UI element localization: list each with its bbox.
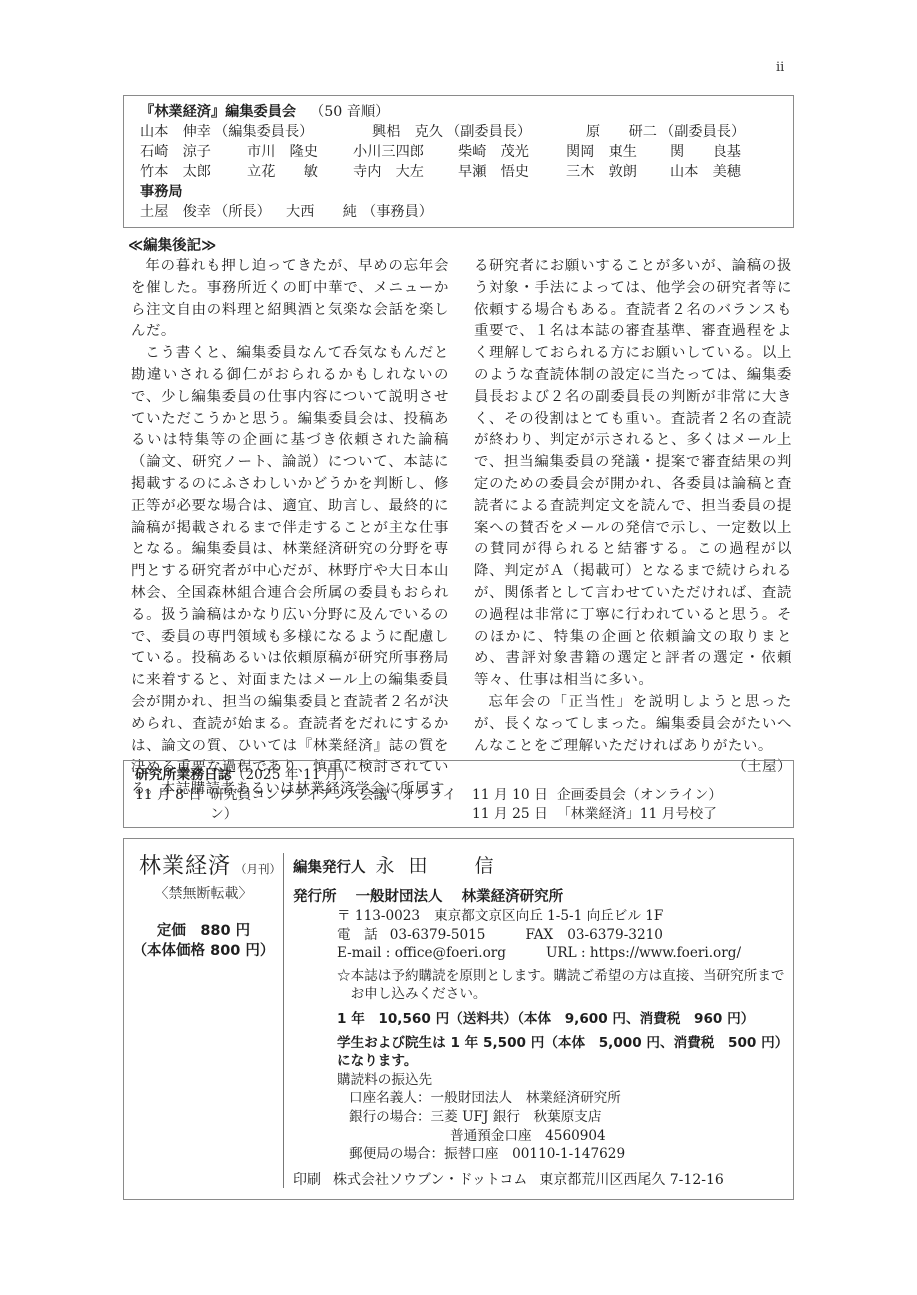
bank-account: 普通預金口座 4560904 [337,1127,792,1146]
phone-line: 電 話03-6379-5015FAX03-6379-3210 [337,926,792,945]
postal-code: 〒 113-0023 [337,908,420,924]
member-name: 三木 敦朗 [566,162,637,182]
diary-entry: 11 月 8 日研究員コンプライアンス会議（オンライン） [135,786,462,823]
postal-account: 郵便局の場合：振替口座 00110-1-147629 [337,1145,792,1164]
tel-label: 電 話 [337,927,378,943]
annual-fee: 1 年 10,560 円（送料共）（本体 9,600 円、消費税 960 円） [337,1010,792,1029]
magazine-title: 林業経済 [139,854,231,879]
printer-name: 株式会社ソウブン・ドットコム [333,1172,527,1188]
staff-role: （所長） [214,202,271,222]
member-name: 山本 伸幸 [140,122,211,142]
price-base: （本体価格 800 円） [124,941,283,961]
diary-text: 「林業経済」11 月号校了 [557,805,717,824]
postscript-paragraph: こう書くと、編集委員なんて呑気なもんだと勘違いされる御仁がおられるかもしれないの… [131,343,449,801]
editorial-committee-box: 『林業経済』編集委員会 （50 音順） 山本 伸幸 （編集委員長） 興梠 克久 … [123,95,794,228]
member-role: （副委員長） [660,122,745,142]
url-link[interactable]: https://www.foeri.org/ [590,945,741,961]
tel-number: 03-6379-5015 [390,927,486,943]
committee-row-1: 山本 伸幸 （編集委員長） 興梠 克久 （副委員長） 原 研二 （副委員長） [140,122,793,142]
postscript-heading: ≪編集後記≫ [128,234,216,255]
committee-title-note: （50 音順） [310,102,389,122]
diary-text: 研究員コンプライアンス会議（オンライン） [210,786,462,823]
publisher-type: 一般財団法人 [356,889,443,905]
student-fee: 学生および院生は 1 年 5,500 円（本体 5,000 円、消費税 500 … [337,1034,792,1071]
member-name: 小川三四郎 [353,142,424,162]
member-name: 竹本 太郎 [140,162,211,182]
publisher-line: 発行所 一般財団法人 林業経済研究所 [293,885,563,906]
staff-name: 大西 純 [286,202,357,222]
diary-date: 11 月 8 日 [135,786,210,805]
no-reprint-notice: 〈禁無断転載〉 [124,883,283,903]
account-holder: 口座名義人：一般財団法人 林業経済研究所 [337,1089,792,1108]
secretariat-row: 土屋 俊幸 （所長） 大西 純 （事務員） [140,202,793,222]
committee-row-3: 竹本 太郎 立花 敏 寺内 大左 早瀬 悟史 三木 敦朗 山本 美穂 [140,162,793,182]
diary-date: 11 月 25 日 [472,805,557,824]
diary-date: 11 月 10 日 [472,786,557,805]
business-diary-box: 研究所業務日誌（2025 年 11 月） 11 月 8 日研究員コンプライアンス… [123,760,794,828]
member-name: 関岡 東生 [566,142,637,162]
printer-label: 印刷 [293,1172,321,1188]
page-number: ii [776,60,784,75]
address: 東京都文京区向丘 1-5-1 向丘ビル 1F [434,908,663,924]
magazine-title-row: 林業経済（月刊） [139,849,281,880]
member-name: 関 良基 [670,142,741,162]
staff-role: （事務員） [362,202,433,222]
member-name: 市川 隆史 [247,142,318,162]
member-name: 寺内 大左 [353,162,424,182]
postscript-paragraph: 年の暮れも押し迫ってきたが、早めの忘年会を催した。事務所近くの町中華で、メニュー… [131,256,449,343]
price: 定価 880 円 [124,921,283,941]
magazine-frequency: （月刊） [235,862,281,876]
diary-text: 企画委員会（オンライン） [557,786,722,805]
diary-entry: 11 月 25 日「林業経済」11 月号校了 [472,805,717,824]
secretariat-title: 事務局 [140,182,183,202]
diary-title-row: 研究所業務日誌（2025 年 11 月） [135,766,353,785]
staff-name: 土屋 俊幸 [140,202,211,222]
colophon-divider [283,853,284,1188]
member-name: 立花 敏 [247,162,318,182]
editor-line: 編集発行人永田 信 [293,851,508,878]
address-line: 〒 113-0023東京都文京区向丘 1-5-1 向丘ビル 1F [337,907,792,926]
subscription-note: ☆本誌は予約購読を原則とします。購読ご希望の方は直接、当研究所までお申し込みくだ… [337,967,792,1004]
fax-number: 03-6379-3210 [567,927,663,943]
diary-title-note: （2025 年 11 月） [232,767,353,783]
member-role: （編集委員長） [214,122,313,142]
postscript-right-column: る研究者にお願いすることが多いが、論稿の扱う対象・手法によっては、他学会の研究者… [474,256,792,779]
editor-label: 編集発行人 [293,860,366,876]
member-name: 柴崎 茂光 [458,142,529,162]
member-name: 早瀬 悟史 [458,162,529,182]
colophon-box: 林業経済（月刊） 〈禁無断転載〉 定価 880 円 （本体価格 800 円） 編… [123,838,794,1200]
member-name: 原 研二 [586,122,657,142]
url-label: URL : [546,945,586,961]
postscript-paragraph: 忘年会の「正当性」を説明しようと思ったが、長くなってしまった。編集委員会がたいへ… [474,692,792,757]
member-name: 山本 美穂 [670,162,741,182]
editor-name: 永田 信 [376,855,508,877]
publisher-label: 発行所 [293,889,337,905]
printer-address: 東京都荒川区西尾久 7-12-16 [539,1172,723,1188]
diary-title: 研究所業務日誌 [135,767,232,783]
secretariat-title-row: 事務局 [140,182,793,202]
committee-title: 『林業経済』編集委員会 [140,102,296,122]
price-block: 定価 880 円 （本体価格 800 円） [124,921,283,961]
fax-label: FAX [525,927,553,943]
diary-entry: 11 月 10 日企画委員会（オンライン） [472,786,722,805]
contact-line: E-mail : office@foeri.orgURL : https://w… [337,944,792,963]
bank-info: 銀行の場合：三菱 UFJ 銀行 秋葉原支店 [337,1108,792,1127]
transfer-title: 購読料の振込先 [337,1071,792,1090]
committee-title-row: 『林業経済』編集委員会 （50 音順） [140,102,793,122]
member-name: 興梠 克久 [372,122,443,142]
email-link[interactable]: office@foeri.org [395,945,506,961]
printer-line: 印刷株式会社ソウブン・ドットコム東京都荒川区西尾久 7-12-16 [293,1169,724,1189]
email-label: E-mail : [337,945,390,961]
postscript-paragraph: る研究者にお願いすることが多いが、論稿の扱う対象・手法によっては、他学会の研究者… [474,256,792,692]
member-role: （副委員長） [446,122,531,142]
publisher-name: 林業経済研究所 [462,889,564,905]
postscript-left-column: 年の暮れも押し迫ってきたが、早めの忘年会を催した。事務所近くの町中華で、メニュー… [131,256,449,801]
publisher-details: 〒 113-0023東京都文京区向丘 1-5-1 向丘ビル 1F 電 話03-6… [337,907,792,1164]
member-name: 石崎 涼子 [140,142,211,162]
committee-row-2: 石崎 涼子 市川 隆史 小川三四郎 柴崎 茂光 関岡 東生 関 良基 [140,142,793,162]
